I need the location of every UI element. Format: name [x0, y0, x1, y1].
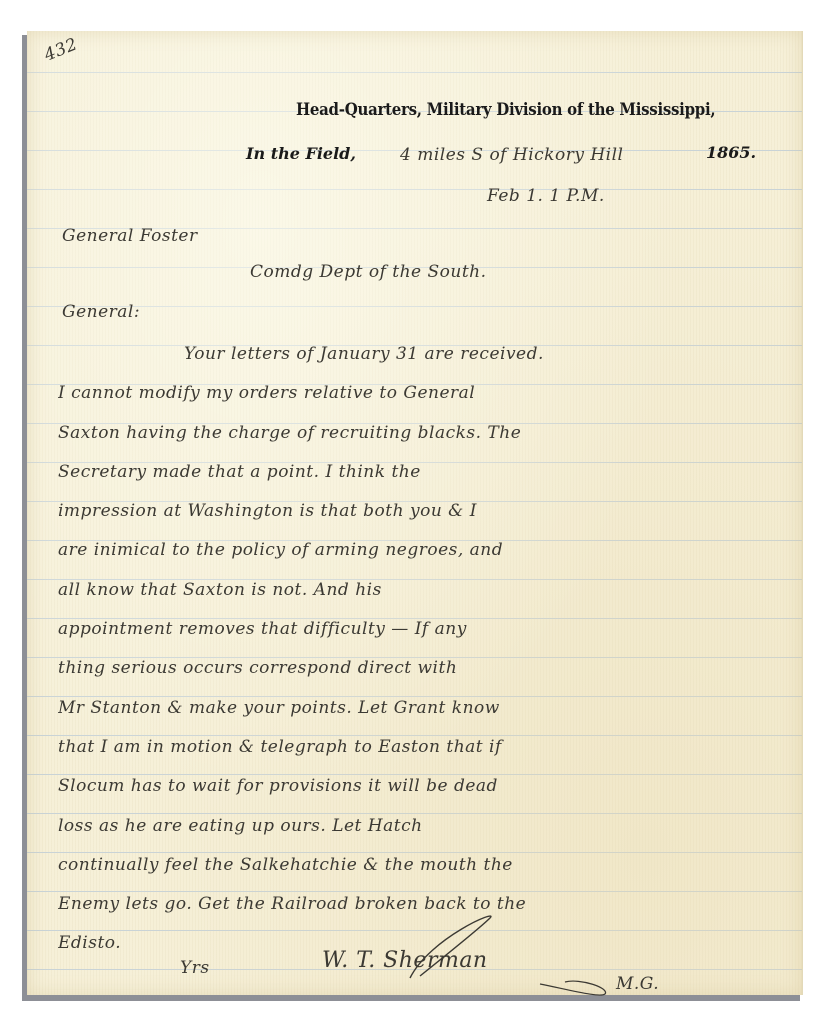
addressee: General Foster: [62, 226, 198, 246]
body-line: continually feel the Salkehatchie & the …: [58, 846, 778, 885]
body-line: all know that Saxton is not. And his: [58, 571, 778, 610]
field-label: In the Field,: [246, 144, 356, 163]
salutation: General:: [62, 302, 140, 322]
letter-body: Your letters of January 31 are received.…: [58, 335, 778, 964]
body-line: Slocum has to wait for provisions it wil…: [58, 767, 778, 806]
place-handwritten: 4 miles S of Hickory Hill: [400, 145, 623, 165]
body-line: Saxton having the charge of recruiting b…: [58, 414, 778, 453]
body-line: appointment removes that difficulty — If…: [58, 610, 778, 649]
body-line: are inimical to the policy of arming neg…: [58, 531, 778, 570]
body-line: Your letters of January 31 are received.: [58, 335, 778, 374]
body-line: thing serious occurs correspond direct w…: [58, 649, 778, 688]
closing: Yrs: [180, 958, 210, 978]
year-printed: 1865.: [706, 143, 756, 162]
body-line: impression at Washington is that both yo…: [58, 492, 778, 531]
body-line: loss as he are eating up ours. Let Hatch: [58, 807, 778, 846]
letterhead: Head-Quarters, Military Division of the …: [296, 100, 715, 120]
signature: W. T. Sherman: [322, 948, 488, 973]
body-line: Secretary made that a point. I think the: [58, 453, 778, 492]
body-line: I cannot modify my orders relative to Ge…: [58, 374, 778, 413]
signature-rank: M.G.: [616, 974, 659, 994]
body-line: Mr Stanton & make your points. Let Grant…: [58, 689, 778, 728]
body-line: that I am in motion & telegraph to Easto…: [58, 728, 778, 767]
date-time: Feb 1. 1 P.M.: [487, 186, 605, 206]
addressee-command: Comdg Dept of the South.: [250, 262, 487, 282]
